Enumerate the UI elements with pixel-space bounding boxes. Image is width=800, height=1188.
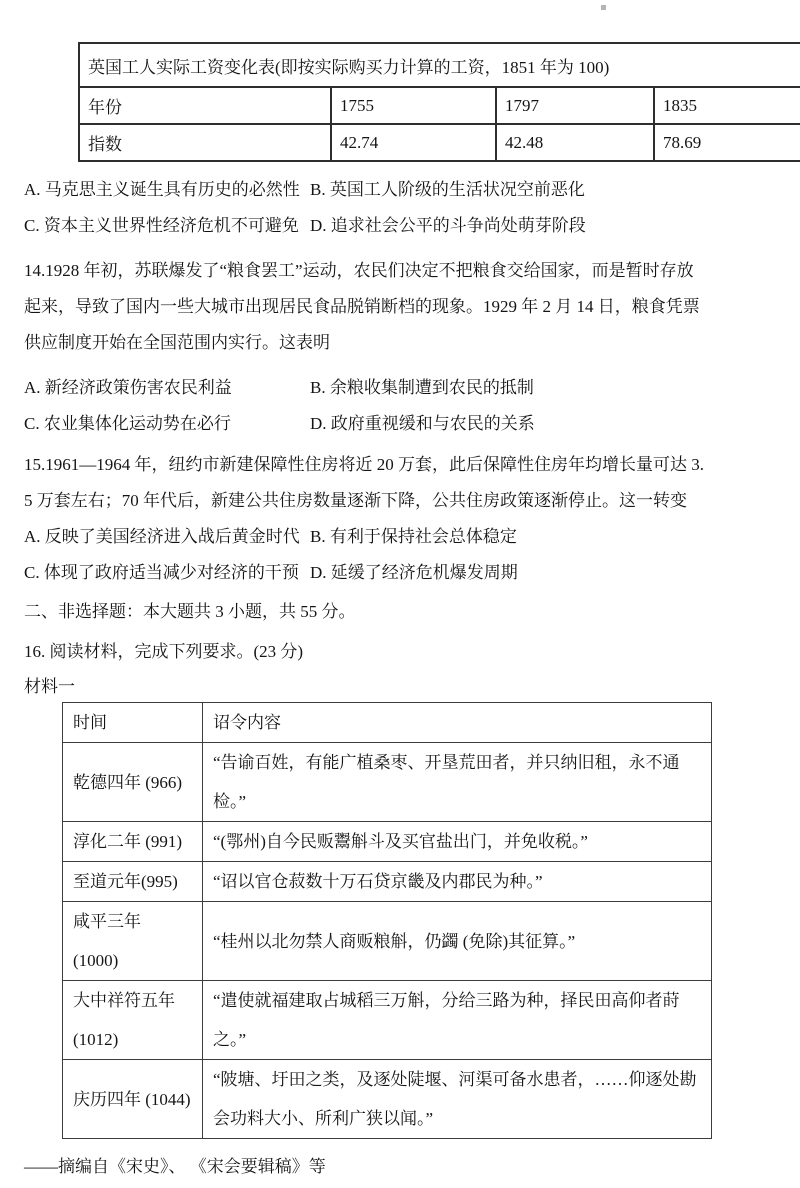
q14-options-ab: A. 新经济政策伤害农民利益 B. 余粮收集制遭到农民的抵制 (24, 370, 776, 406)
q13-option-c: C. 资本主义世界性经济危机不可避免 (24, 208, 310, 244)
q13-option-d: D. 追求社会公平的斗争尚处萌芽阶段 (310, 208, 586, 244)
q15-option-c: C. 体现了政府适当减少对经济的干预 (24, 555, 310, 591)
q15-option-d: D. 延缓了经济危机爆发周期 (310, 555, 518, 591)
q14-option-c: C. 农业集体化运动势在必行 (24, 406, 310, 442)
edict-row: 乾德四年 (966) “告谕百姓，有能广植桑枣、开垦荒田者，并只纳旧租，永不通检… (63, 743, 712, 822)
q15-stem: 15.1961—1964 年，纽约市新建保障性住房将近 20 万套，此后保障性住… (24, 447, 776, 519)
index-row-label: 指数 (79, 124, 331, 161)
edict-content: “遣使就福建取占城稻三万斛，分给三路为种，择民田高仰者莳之。” (203, 981, 712, 1060)
year-cell: 1835 (654, 87, 800, 124)
edict-header-time: 时间 (63, 703, 203, 743)
q14-option-a: A. 新经济政策伤害农民利益 (24, 370, 310, 406)
index-cell: 42.74 (331, 124, 496, 161)
q13-options-ab: A. 马克思主义诞生具有历史的必然性 B. 英国工人阶级的生活状况空前恶化 (24, 172, 776, 208)
edict-row: 至道元年(995) “诏以官仓菽数十万石贷京畿及内郡民为种。” (63, 862, 712, 902)
edict-time: 大中祥符五年 (1012) (63, 981, 203, 1060)
exam-page: 英国工人实际工资变化表(即按实际购买力计算的工资，1851 年为 100) 年份… (0, 0, 800, 1185)
edict-time: 至道元年(995) (63, 862, 203, 902)
material-one-label: 材料一 (24, 672, 776, 702)
wage-table-year-row: 年份 1755 1797 1835 (79, 87, 800, 124)
section2-heading: 二、非选择题：本大题共 3 小题，共 55 分。 (24, 594, 776, 630)
q13-option-a: A. 马克思主义诞生具有历史的必然性 (24, 172, 310, 208)
q15-options-ab: A. 反映了美国经济进入战后黄金时代 B. 有利于保持社会总体稳定 (24, 519, 776, 555)
index-cell: 78.69 (654, 124, 800, 161)
edict-header-content: 诏令内容 (203, 703, 712, 743)
edict-table: 时间 诏令内容 乾德四年 (966) “告谕百姓，有能广植桑枣、开垦荒田者，并只… (62, 702, 712, 1139)
edict-content: “陂塘、圩田之类，及逐处陡堰、河渠可备水患者，……仰逐处勘会功料大小、所利广狭以… (203, 1060, 712, 1139)
edict-content: “(鄂州)自今民贩鬻斛斗及买官盐出门，并免收税。” (203, 822, 712, 862)
q13-option-b: B. 英国工人阶级的生活状况空前恶化 (310, 172, 585, 208)
q14-options-cd: C. 农业集体化运动势在必行 D. 政府重视缓和与农民的关系 (24, 406, 776, 442)
stray-mark (601, 5, 606, 10)
edict-table-header-row: 时间 诏令内容 (63, 703, 712, 743)
q15-stem-line: 15.1961—1964 年，纽约市新建保障性住房将近 20 万套，此后保障性住… (24, 447, 776, 483)
year-cell: 1797 (496, 87, 654, 124)
edict-content: “桂州以北勿禁人商贩粮斛，仍蠲 (免除)其征算。” (203, 902, 712, 981)
year-row-label: 年份 (79, 87, 331, 124)
edict-time: 咸平三年 (1000) (63, 902, 203, 981)
edict-content: “告谕百姓，有能广植桑枣、开垦荒田者，并只纳旧租，永不通检。” (203, 743, 712, 822)
q14-stem: 14.1928 年初，苏联爆发了“粮食罢工”运动，农民们决定不把粮食交给国家，而… (24, 253, 776, 361)
q14-option-d: D. 政府重视缓和与农民的关系 (310, 406, 535, 442)
wage-table: 英国工人实际工资变化表(即按实际购买力计算的工资，1851 年为 100) 年份… (78, 42, 800, 162)
wage-table-index-row: 指数 42.74 42.48 78.69 (79, 124, 800, 161)
edict-row: 庆历四年 (1044) “陂塘、圩田之类，及逐处陡堰、河渠可备水患者，……仰逐处… (63, 1060, 712, 1139)
index-cell: 42.48 (496, 124, 654, 161)
q16-intro: 16. 阅读材料，完成下列要求。(23 分) (24, 634, 776, 670)
q15-options-cd: C. 体现了政府适当减少对经济的干预 D. 延缓了经济危机爆发周期 (24, 555, 776, 591)
q14-stem-line: 14.1928 年初，苏联爆发了“粮食罢工”运动，农民们决定不把粮食交给国家，而… (24, 253, 776, 289)
q13-options-cd: C. 资本主义世界性经济危机不可避免 D. 追求社会公平的斗争尚处萌芽阶段 (24, 208, 776, 244)
wage-table-title-row: 英国工人实际工资变化表(即按实际购买力计算的工资，1851 年为 100) (79, 43, 800, 87)
edict-time: 乾德四年 (966) (63, 743, 203, 822)
wage-table-title: 英国工人实际工资变化表(即按实际购买力计算的工资，1851 年为 100) (79, 43, 800, 87)
q14-stem-line: 供应制度开始在全国范围内实行。这表明 (24, 325, 776, 361)
year-cell: 1755 (331, 87, 496, 124)
q14-option-b: B. 余粮收集制遭到农民的抵制 (310, 370, 534, 406)
source-note: ——摘编自《宋史》、 《宋会要辑稿》等 (24, 1149, 776, 1185)
edict-row: 大中祥符五年 (1012) “遣使就福建取占城稻三万斛，分给三路为种，择民田高仰… (63, 981, 712, 1060)
q15-option-a: A. 反映了美国经济进入战后黄金时代 (24, 519, 310, 555)
edict-row: 咸平三年 (1000) “桂州以北勿禁人商贩粮斛，仍蠲 (免除)其征算。” (63, 902, 712, 981)
q14-stem-line: 起来，导致了国内一些大城市出现居民食品脱销断档的现象。1929 年 2 月 14… (24, 289, 776, 325)
edict-content: “诏以官仓菽数十万石贷京畿及内郡民为种。” (203, 862, 712, 902)
edict-row: 淳化二年 (991) “(鄂州)自今民贩鬻斛斗及买官盐出门，并免收税。” (63, 822, 712, 862)
edict-time: 淳化二年 (991) (63, 822, 203, 862)
q15-stem-line: 5 万套左右；70 年代后，新建公共住房数量逐渐下降，公共住房政策逐渐停止。这一… (24, 483, 776, 519)
q15-option-b: B. 有利于保持社会总体稳定 (310, 519, 517, 555)
edict-time: 庆历四年 (1044) (63, 1060, 203, 1139)
